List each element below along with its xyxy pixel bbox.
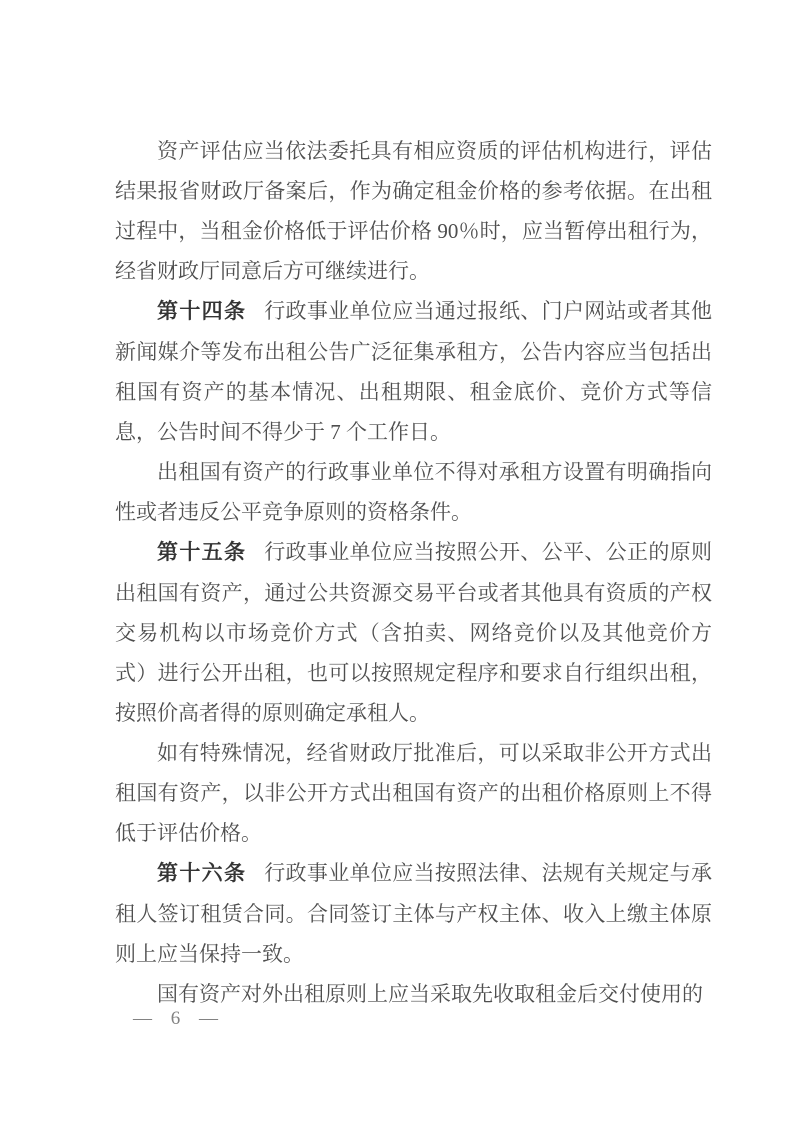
paragraph-article-14: 第十四条行政事业单位应当通过报纸、门户网站或者其他新闻媒介等发布出租公告广泛征集… (115, 291, 712, 452)
paragraph: 资产评估应当依法委托具有相应资质的评估机构进行，评估结果报省财政厅备案后，作为确… (115, 131, 712, 291)
paragraph: 出租国有资产的行政事业单位不得对承租方设置有明确指向性或者违反公平竞争原则的资格… (115, 452, 712, 532)
paragraph-text: 资产评估应当依法委托具有相应资质的评估机构进行，评估结果报省财政厅备案后，作为确… (115, 139, 712, 283)
paragraph-text: 行政事业单位应当按照公开、公平、公正的原则出租国有资产，通过公共资源交易平台或者… (115, 540, 712, 725)
document-page: 资产评估应当依法委托具有相应资质的评估机构进行，评估结果报省财政厅备案后，作为确… (0, 0, 794, 1123)
paragraph-text: 如有特殊情况，经省财政厅批准后，可以采取非公开方式出租国有资产，以非公开方式出租… (115, 741, 712, 845)
paragraph: 如有特殊情况，经省财政厅批准后，可以采取非公开方式出租国有资产，以非公开方式出租… (115, 733, 712, 853)
article-number: 第十六条 (157, 862, 246, 885)
paragraph-article-16: 第十六条行政事业单位应当按照法律、法规有关规定与承租人签订租赁合同。合同签订主体… (115, 853, 712, 974)
paragraph-article-15: 第十五条行政事业单位应当按照公开、公平、公正的原则出租国有资产，通过公共资源交易… (115, 532, 712, 733)
paragraph-text: 出租国有资产的行政事业单位不得对承租方设置有明确指向性或者违反公平竞争原则的资格… (115, 460, 712, 524)
document-text-block: 资产评估应当依法委托具有相应资质的评估机构进行，评估结果报省财政厅备案后，作为确… (115, 131, 712, 1014)
article-number: 第十四条 (157, 300, 246, 323)
paragraph-text: 国有资产对外出租原则上应当采取先收取租金后交付使用的 (157, 982, 703, 1006)
article-number: 第十五条 (157, 541, 246, 564)
page-number-footer: — 6 — (133, 1005, 219, 1033)
